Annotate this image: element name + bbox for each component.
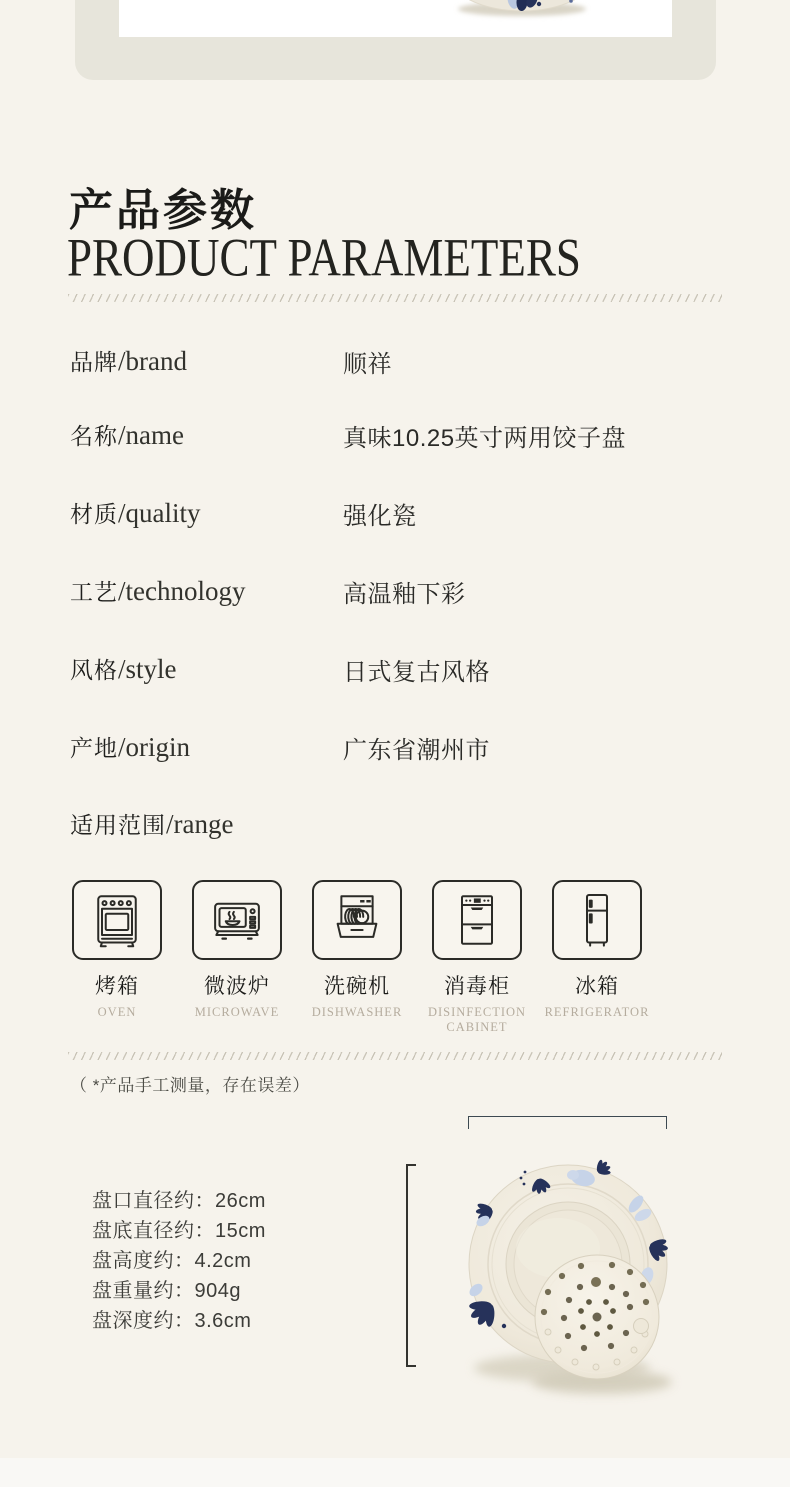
- param-row-origin: 产地/origin 广东省潮州市: [70, 730, 720, 763]
- param-label-en: /technology: [118, 576, 245, 606]
- param-value: 广东省潮州市: [343, 730, 490, 765]
- oven-icon: [72, 880, 162, 960]
- appliance-refrigerator: 冰箱 REFRIGERATOR: [537, 880, 657, 1035]
- hatched-divider-bottom: [68, 1052, 722, 1060]
- strainer-insert: [535, 1255, 659, 1379]
- param-label-zh: 材质: [70, 501, 118, 527]
- appliance-label-en: REFRIGERATOR: [537, 1005, 657, 1020]
- disinfection-cabinet-icon: [432, 880, 522, 960]
- param-value: 顺祥: [343, 344, 392, 379]
- appliance-label-en: MICROWAVE: [177, 1005, 297, 1020]
- hero-plate-photo: [119, 0, 672, 37]
- param-value: 真味10.25英寸两用饺子盘: [343, 418, 626, 453]
- param-value: 强化瓷: [343, 496, 417, 531]
- param-row-brand: 品牌/brand 顺祥: [70, 344, 720, 377]
- appliance-disinfection-cabinet: 消毒柜 DISINFECTION CABINET: [417, 880, 537, 1035]
- measurement-line: 盘高度约：4.2cm: [92, 1246, 266, 1276]
- plate-and-strainer-photo: [440, 1130, 710, 1420]
- param-row-style: 风格/style 日式复古风格: [70, 652, 720, 685]
- measurement-list: 盘口直径约：26cm 盘底直径约：15cm 盘高度约：4.2cm 盘重量约：90…: [92, 1186, 266, 1336]
- bottom-strip: [0, 1458, 790, 1487]
- param-row-name: 名称/name 真味10.25英寸两用饺子盘: [70, 418, 720, 451]
- param-value: 高温釉下彩: [343, 574, 466, 609]
- appliance-label-zh: 微波炉: [177, 970, 297, 1000]
- photo-frame-outline: [468, 1116, 667, 1129]
- param-label-en: /name: [118, 420, 184, 450]
- param-label-zh: 品牌: [70, 349, 118, 375]
- measurement-line: 盘口直径约：26cm: [92, 1186, 266, 1216]
- measurement-bracket: [406, 1164, 416, 1367]
- param-value: 日式复古风格: [343, 652, 490, 687]
- param-row-range: 适用范围/range: [70, 807, 720, 840]
- param-label-en: /brand: [118, 346, 187, 376]
- appliance-label-zh: 烤箱: [57, 970, 177, 1000]
- refrigerator-icon: [552, 880, 642, 960]
- param-label-en: /style: [118, 654, 177, 684]
- hero-card: [75, 0, 716, 80]
- param-row-quality: 材质/quality 强化瓷: [70, 496, 720, 529]
- hatched-divider-top: [68, 294, 722, 302]
- measurement-line: 盘底直径约：15cm: [92, 1216, 266, 1246]
- param-label-zh: 工艺: [70, 579, 118, 605]
- appliance-label-zh: 消毒柜: [417, 970, 537, 1000]
- appliance-range-row: 烤箱 OVEN 微波炉: [57, 880, 657, 1035]
- measurement-disclaimer: （ *产品手工测量，存在误差）: [70, 1071, 310, 1096]
- param-label-en: /origin: [118, 732, 190, 762]
- param-label-zh: 名称: [70, 423, 118, 449]
- appliance-label-zh: 冰箱: [537, 970, 657, 1000]
- appliance-label-zh: 洗碗机: [297, 970, 417, 1000]
- param-label-en: /range: [166, 809, 233, 839]
- appliance-oven: 烤箱 OVEN: [57, 880, 177, 1035]
- appliance-label-en: OVEN: [57, 1005, 177, 1020]
- measurement-line: 盘深度约：3.6cm: [92, 1306, 266, 1336]
- product-parameters-page: 产品参数 PRODUCT PARAMETERS 品牌/brand 顺祥 名称/n…: [0, 0, 790, 1487]
- appliance-microwave: 微波炉 MICROWAVE: [177, 880, 297, 1035]
- param-label-zh: 风格: [70, 657, 118, 683]
- param-label-en: /quality: [118, 498, 201, 528]
- param-label-zh: 适用范围: [70, 812, 166, 838]
- appliance-label-en: DISHWASHER: [297, 1005, 417, 1020]
- param-label-zh: 产地: [70, 735, 118, 761]
- measurement-line: 盘重量约：904g: [92, 1276, 266, 1306]
- section-title-en: PRODUCT PARAMETERS: [67, 226, 581, 289]
- appliance-dishwasher: 洗碗机 DISHWASHER: [297, 880, 417, 1035]
- appliance-label-en: DISINFECTION CABINET: [417, 1005, 537, 1035]
- plate-bottom-edge-image: [119, 0, 672, 37]
- dishwasher-icon: [312, 880, 402, 960]
- microwave-icon: [192, 880, 282, 960]
- param-row-technology: 工艺/technology 高温釉下彩: [70, 574, 720, 607]
